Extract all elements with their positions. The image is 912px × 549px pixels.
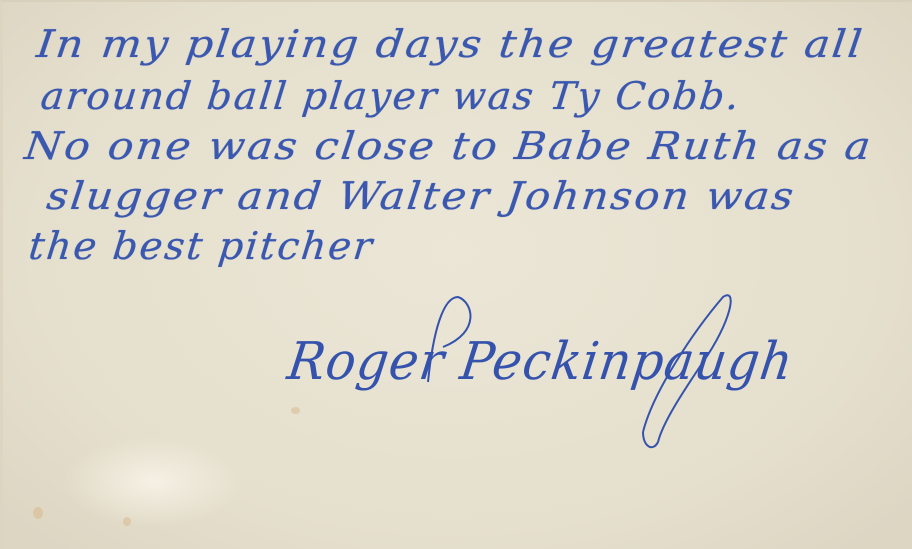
handwritten-index-card: In my playing days the greatest all arou… [0, 0, 912, 549]
signature: Roger Peckinpaugh [284, 332, 797, 392]
handwritten-line-1: In my playing days the greatest all [34, 22, 866, 66]
handwritten-line-3: No one was close to Babe Ruth as a [22, 124, 875, 168]
handwritten-line-2: around ball player was Ty Cobb. [39, 74, 744, 118]
handwritten-line-4: slugger and Walter Johnson was [44, 174, 797, 218]
stain-spot [291, 407, 300, 414]
stain-spot [33, 507, 43, 519]
handwritten-line-5: the best pitcher [27, 224, 377, 268]
stain-spot [123, 517, 131, 526]
